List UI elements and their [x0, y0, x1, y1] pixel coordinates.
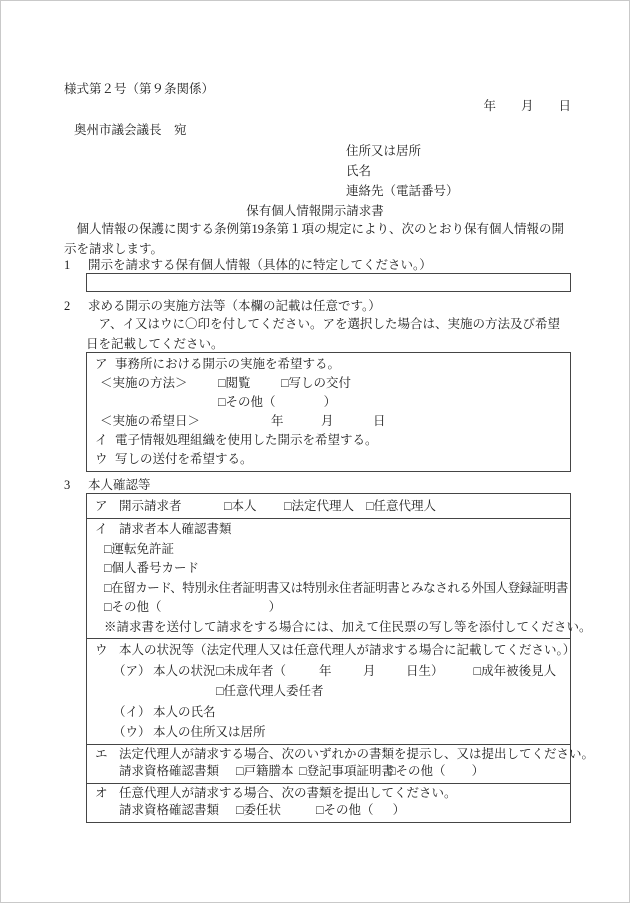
- section3-heading: 3本人確認等: [64, 475, 571, 495]
- section2-options-box: ア事務所における開示の実施を希望する。 ＜実施の方法＞□閲覧□写しの交付 □その…: [86, 352, 571, 472]
- method-other-line: □その他（）: [95, 393, 570, 412]
- option-c-line: ウ写しの送付を希望する。: [95, 450, 570, 469]
- applicant-address-label: 住所又は居所: [346, 141, 571, 161]
- row-b-note: ※請求書を送付して請求をする場合には、加えて住民票の写し等を添付してください。: [104, 620, 592, 634]
- section2-note-line-1: ア、イ又はウに〇印を付してください。アを選択した場合は、実施の方法及び希望: [86, 315, 571, 335]
- row-e-letter: オ: [95, 785, 119, 803]
- checkbox-sonota-document[interactable]: □その他（: [104, 600, 162, 614]
- section1-heading: 1開示を請求する保有個人情報（具体的に特定してください。）: [64, 255, 571, 275]
- intro-line-1: 個人情報の保護に関する条例第19条第１項の規定により、次のとおり保有個人情報の開: [64, 219, 571, 239]
- sub-b-label: （イ）: [113, 702, 153, 723]
- checkbox-nini-dairinin[interactable]: □任意代理人: [366, 499, 436, 513]
- day-label: 日: [373, 414, 386, 428]
- method-label: ＜実施の方法＞: [100, 374, 218, 393]
- row-principal-status: ウ本人の状況等（法定代理人又は任意代理人が請求する場合に記載してください。） （…: [87, 638, 570, 744]
- checkbox-sonota-legal[interactable]: □その他（: [388, 764, 446, 778]
- date-line: 年 月 日: [64, 96, 571, 116]
- section2-heading: 2求める開示の実施方法等（本欄の記載は任意です。）: [64, 296, 571, 316]
- row-d-heading: 法定代理人が請求する場合、次のいずれかの書類を提示し、又は提出してください。: [119, 747, 594, 761]
- checkbox-honnin[interactable]: □本人: [224, 496, 284, 516]
- section1-heading-text: 開示を請求する保有個人情報（具体的に特定してください。）: [88, 258, 432, 272]
- row-voluntary-representative: オ任意代理人が請求する場合、次の書類を提出してください。 請求資格確認書類□委任…: [87, 783, 570, 822]
- section2-heading-text: 求める開示の実施方法等（本欄の記載は任意です。）: [88, 299, 381, 313]
- option-b-letter: イ: [95, 431, 115, 450]
- checkbox-miseinensha[interactable]: □未成年者（: [216, 661, 319, 682]
- paren-close: ）: [324, 395, 337, 409]
- checkbox-ininjo[interactable]: □委任状: [236, 802, 316, 820]
- applicant-name-label: 氏名: [346, 161, 571, 181]
- sub-a-label: （ア）: [113, 661, 153, 682]
- section3-number: 3: [64, 475, 88, 495]
- option-a-text: 事務所における開示の実施を希望する。: [115, 357, 340, 371]
- desired-date-label: ＜実施の希望日＞: [100, 412, 271, 431]
- row-b-letter: イ: [95, 520, 119, 540]
- row-b-heading: 請求者本人確認書類: [119, 522, 232, 536]
- disclosure-request-form-page: 様式第２号（第９条関係） 年 月 日 奥州市議会議長 宛 住所又は居所 氏名 連…: [0, 0, 630, 903]
- row-c-heading: 本人の状況等（法定代理人又は任意代理人が請求する場合に記載してください。）: [119, 643, 575, 657]
- paren-close: ）: [472, 764, 485, 778]
- personal-info-input-box[interactable]: [86, 273, 571, 292]
- applicant-block: 住所又は居所 氏名 連絡先（電話番号）: [64, 141, 571, 201]
- applicant-contact-label: 連絡先（電話番号）: [346, 181, 571, 201]
- paren-close: ）: [269, 600, 282, 614]
- option-c-text: 写しの送付を希望する。: [115, 452, 253, 466]
- birth-day-label: 日生）: [406, 664, 444, 678]
- checkbox-hotei-dairinin[interactable]: □法定代理人: [284, 496, 366, 516]
- row-d-letter: エ: [95, 746, 119, 764]
- checkbox-etsuran[interactable]: □閲覧: [218, 374, 281, 393]
- option-c-letter: ウ: [95, 450, 115, 469]
- row-e-docs-label: 請求資格確認書類: [119, 802, 236, 820]
- row-d-docs-label: 請求資格確認書類: [119, 763, 236, 781]
- sub-a-title: 本人の状況: [153, 661, 216, 682]
- identity-verification-table: ア開示請求者□本人□法定代理人□任意代理人 イ請求者本人確認書類 □運転免許証 …: [86, 493, 571, 823]
- row-c-letter: ウ: [95, 640, 119, 661]
- row-e-heading: 任意代理人が請求する場合、次の書類を提出してください。: [119, 786, 457, 800]
- row-disclosure-requester: ア開示請求者□本人□法定代理人□任意代理人: [87, 494, 570, 518]
- checkbox-unten-menkyosho[interactable]: □運転免許証: [104, 542, 174, 556]
- option-a-letter: ア: [95, 355, 115, 374]
- checkbox-utsushi-kofu[interactable]: □写しの交付: [281, 376, 351, 390]
- checkbox-sonota-method[interactable]: □その他（: [218, 395, 276, 409]
- row-identity-documents: イ請求者本人確認書類 □運転免許証 □個人番号カード □在留カード、特別永住者証…: [87, 518, 570, 638]
- option-b-line: イ電子情報処理組織を使用した開示を希望する。: [95, 431, 570, 450]
- month-label: 月: [321, 412, 373, 431]
- sub-c-label: （ウ）: [113, 722, 153, 743]
- row-legal-representative: エ法定代理人が請求する場合、次のいずれかの書類を提示し、又は提出してください。 …: [87, 744, 570, 783]
- checkbox-kojin-bango-card[interactable]: □個人番号カード: [104, 561, 199, 575]
- birth-year-label: 年: [319, 661, 363, 682]
- birth-month-label: 月: [363, 661, 406, 682]
- section3-heading-text: 本人確認等: [88, 478, 151, 492]
- intro-paragraph: 個人情報の保護に関する条例第19条第１項の規定により、次のとおり保有個人情報の開…: [64, 219, 571, 259]
- checkbox-koseki-tohon[interactable]: □戸籍謄本: [236, 763, 299, 781]
- desired-date-line: ＜実施の希望日＞年月日: [95, 412, 570, 431]
- option-a-line: ア事務所における開示の実施を希望する。: [95, 355, 570, 374]
- checkbox-seinen-hikokennin[interactable]: □成年被後見人: [474, 664, 557, 678]
- checkbox-zairyu-card[interactable]: □在留カード、特別永住者証明書又は特別永住者証明書とみなされる外国人登録証明書: [104, 581, 568, 595]
- section2-note: ア、イ又はウに〇印を付してください。アを選択した場合は、実施の方法及び希望 日を…: [64, 315, 571, 354]
- option-b-text: 電子情報処理組織を使用した開示を希望する。: [115, 433, 378, 447]
- sub-c-title: 本人の住所又は居所: [153, 725, 266, 739]
- row-a-letter: ア: [95, 496, 119, 516]
- section2-number: 2: [64, 296, 88, 316]
- checkbox-sonota-voluntary[interactable]: □その他（: [316, 803, 374, 817]
- sub-b-title: 本人の氏名: [153, 705, 216, 719]
- checkbox-toki-jiko-shomeisho[interactable]: □登記事項証明書: [299, 763, 388, 781]
- addressee: 奥州市議会議長 宛: [64, 120, 571, 140]
- paren-close: ）: [393, 803, 406, 817]
- method-line: ＜実施の方法＞□閲覧□写しの交付: [95, 374, 570, 393]
- year-label: 年: [271, 412, 321, 431]
- section1-number: 1: [64, 255, 88, 275]
- document-title: 保有個人情報開示請求書: [1, 201, 629, 221]
- checkbox-nini-dairinin-ininsha[interactable]: □任意代理人委任者: [216, 684, 324, 698]
- row-a-label: 開示請求者: [119, 496, 224, 516]
